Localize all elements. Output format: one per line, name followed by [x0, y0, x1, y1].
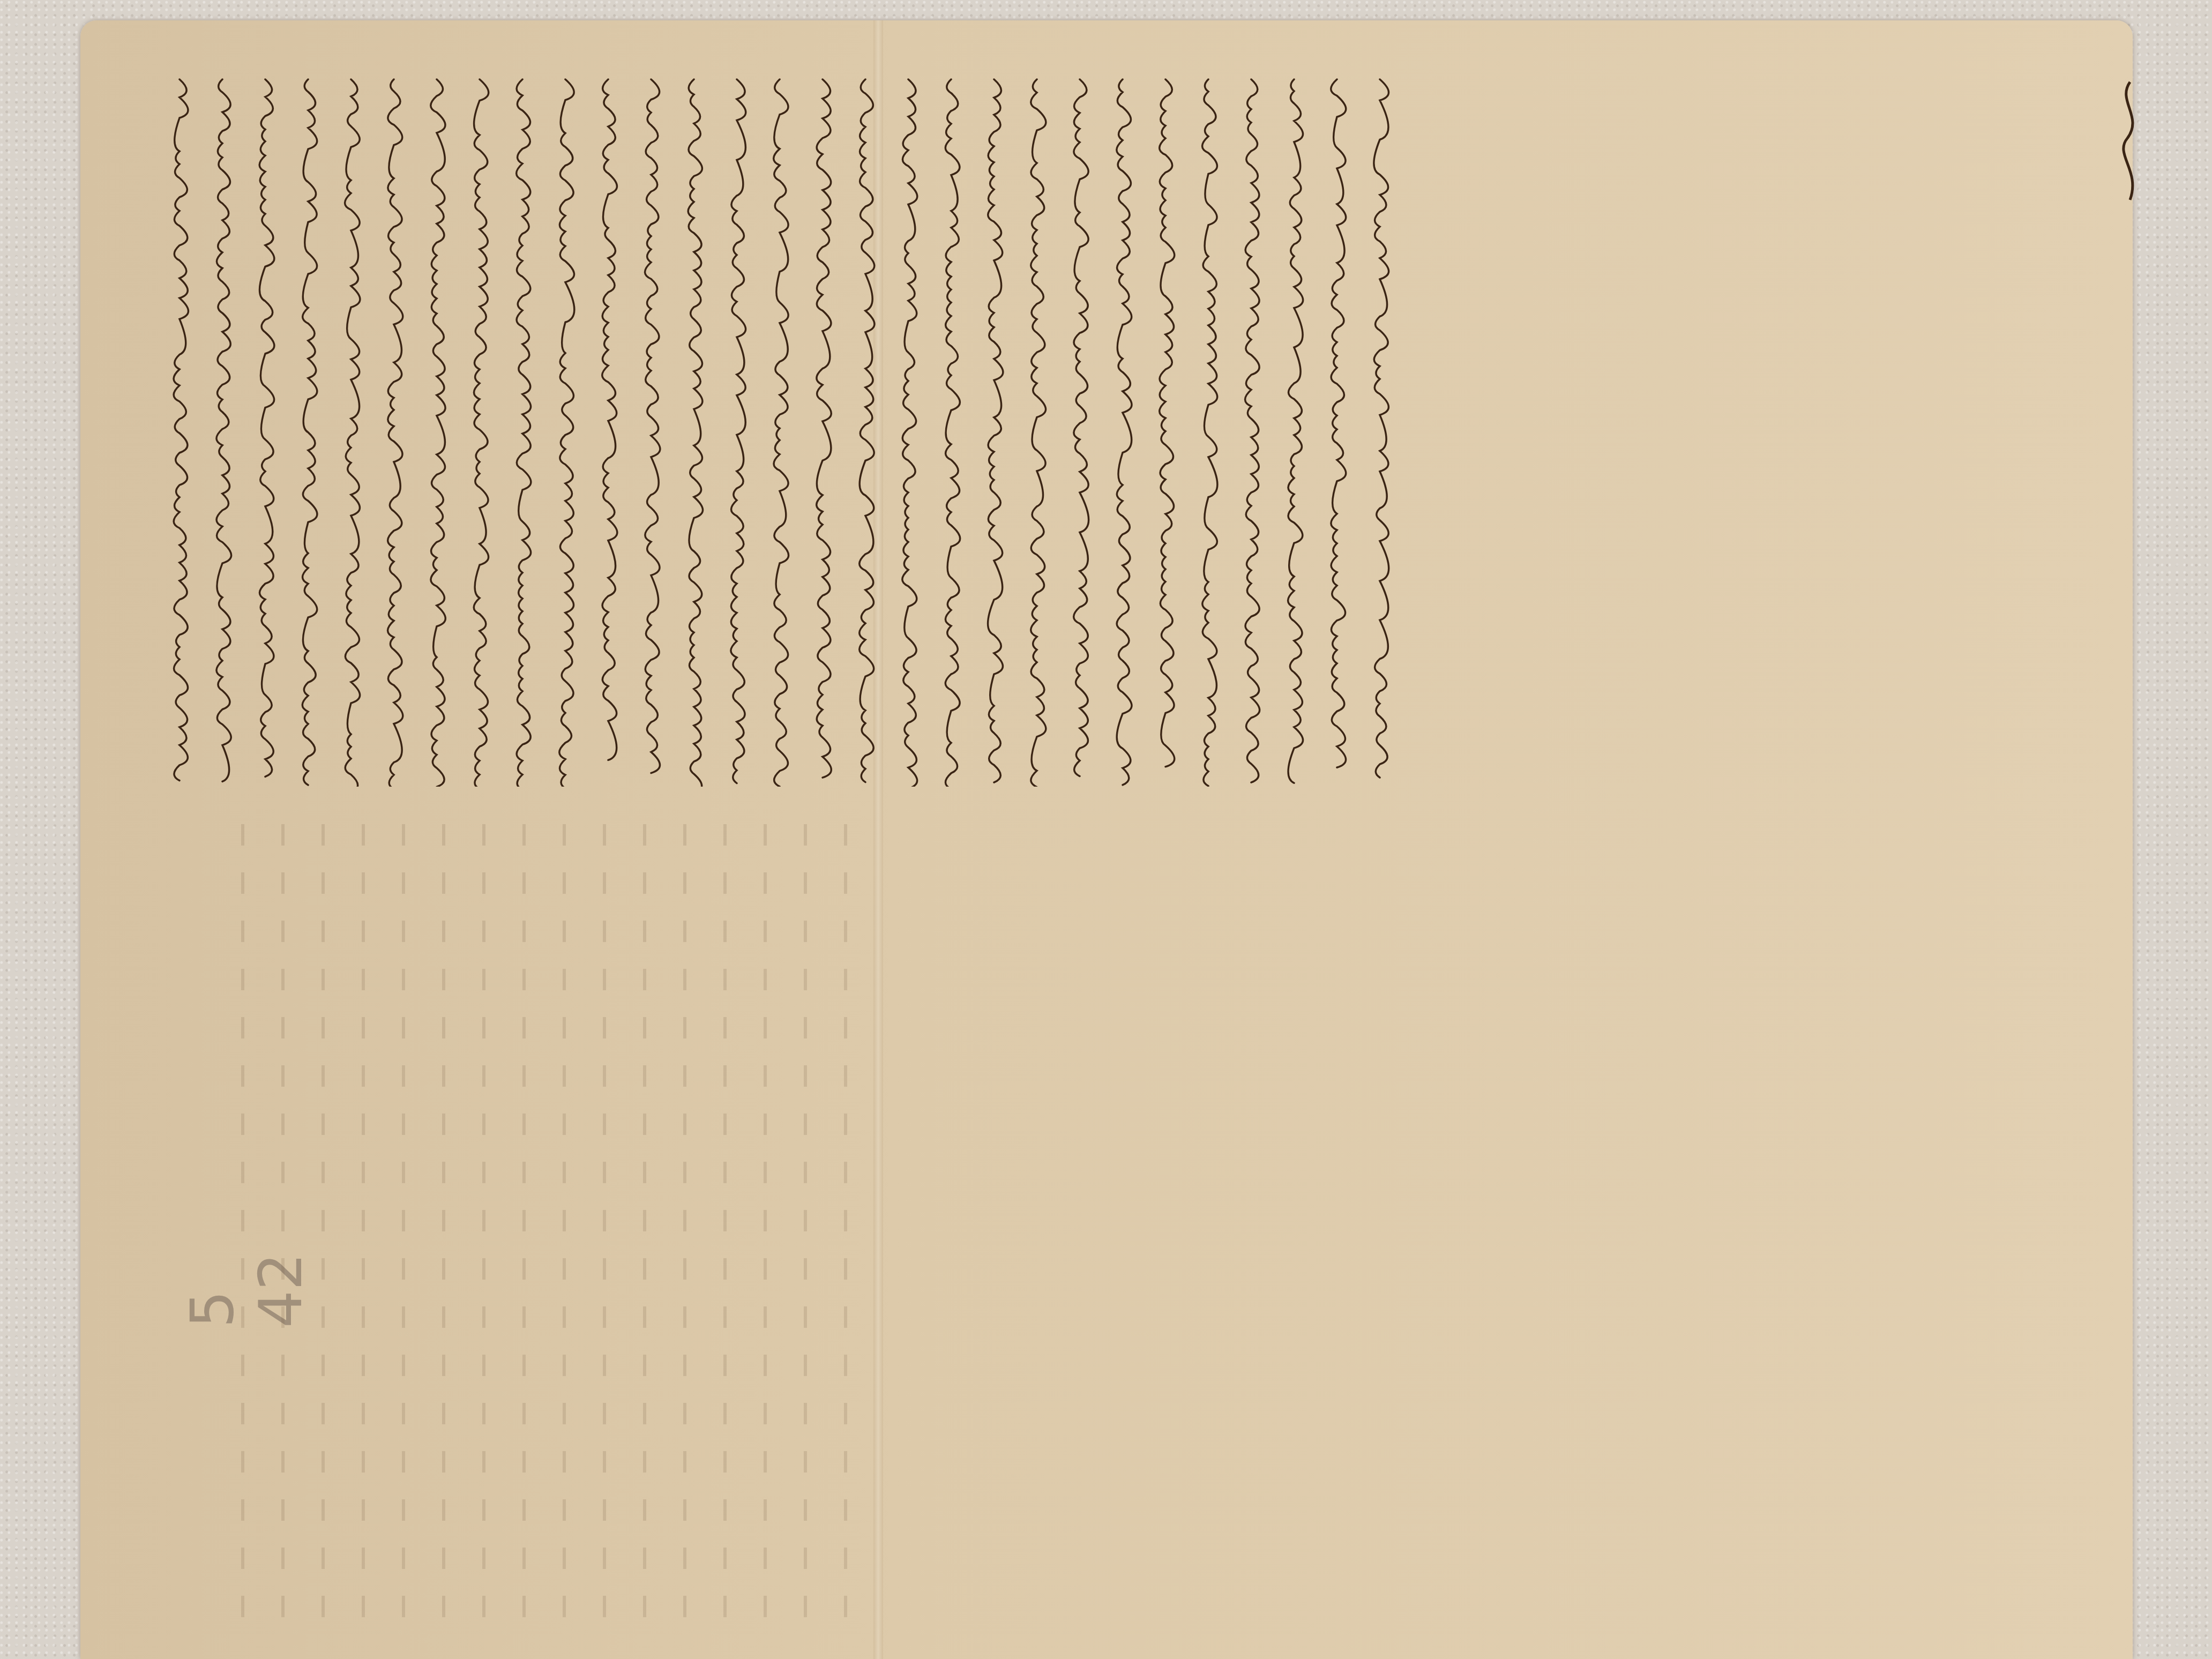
bleed-through-line [402, 824, 405, 1638]
bleed-through-line [322, 824, 325, 1638]
handwritten-line [204, 74, 241, 787]
handwritten-line [1361, 74, 1399, 787]
handwritten-line [675, 74, 713, 787]
handwritten-line [1190, 74, 1227, 787]
handwritten-line [1232, 74, 1270, 787]
handwritten-line [1061, 74, 1098, 787]
handwritten-line [1018, 74, 1056, 787]
handwritten-line [1104, 74, 1141, 787]
bleed-through-line [482, 824, 485, 1638]
handwritten-line [761, 74, 798, 787]
bleed-through-line [522, 824, 526, 1638]
archival-pencil-mark: 5 42 [217, 1221, 276, 1328]
bleed-through-line [281, 824, 285, 1638]
bleed-through-line [804, 824, 807, 1638]
letter-sheet: 5 42 [80, 20, 2133, 1659]
handwritten-line [161, 74, 198, 787]
handwritten-line [589, 74, 627, 787]
bleed-through-line [241, 824, 244, 1638]
handwritten-line [804, 74, 841, 787]
handwritten-line [332, 74, 370, 787]
bleed-through-line [442, 824, 445, 1638]
handwritten-line [932, 74, 970, 787]
handwritten-line [418, 74, 455, 787]
handwritten-line [504, 74, 541, 787]
bleed-through-line [683, 824, 686, 1638]
handwritten-line [1275, 74, 1313, 787]
bleed-through-line [362, 824, 365, 1638]
handwritten-line [1318, 74, 1356, 787]
bleed-through-line [603, 824, 606, 1638]
handwritten-line [847, 74, 884, 787]
handwritten-line [246, 74, 284, 787]
bleed-through-line [563, 824, 566, 1638]
bleed-through-line [764, 824, 767, 1638]
handwritten-line [289, 74, 327, 787]
bleed-through-line [723, 824, 727, 1638]
handwritten-line [632, 74, 670, 787]
handwritten-line [461, 74, 498, 787]
handwritten-line [890, 74, 927, 787]
bleed-through-line [844, 824, 847, 1638]
handwritten-line [547, 74, 584, 787]
handwritten-line [375, 74, 413, 787]
closing-word [2111, 79, 2149, 203]
handwritten-line [975, 74, 1013, 787]
handwritten-line [718, 74, 756, 787]
handwritten-line [1147, 74, 1184, 787]
bleed-through-line [643, 824, 646, 1638]
